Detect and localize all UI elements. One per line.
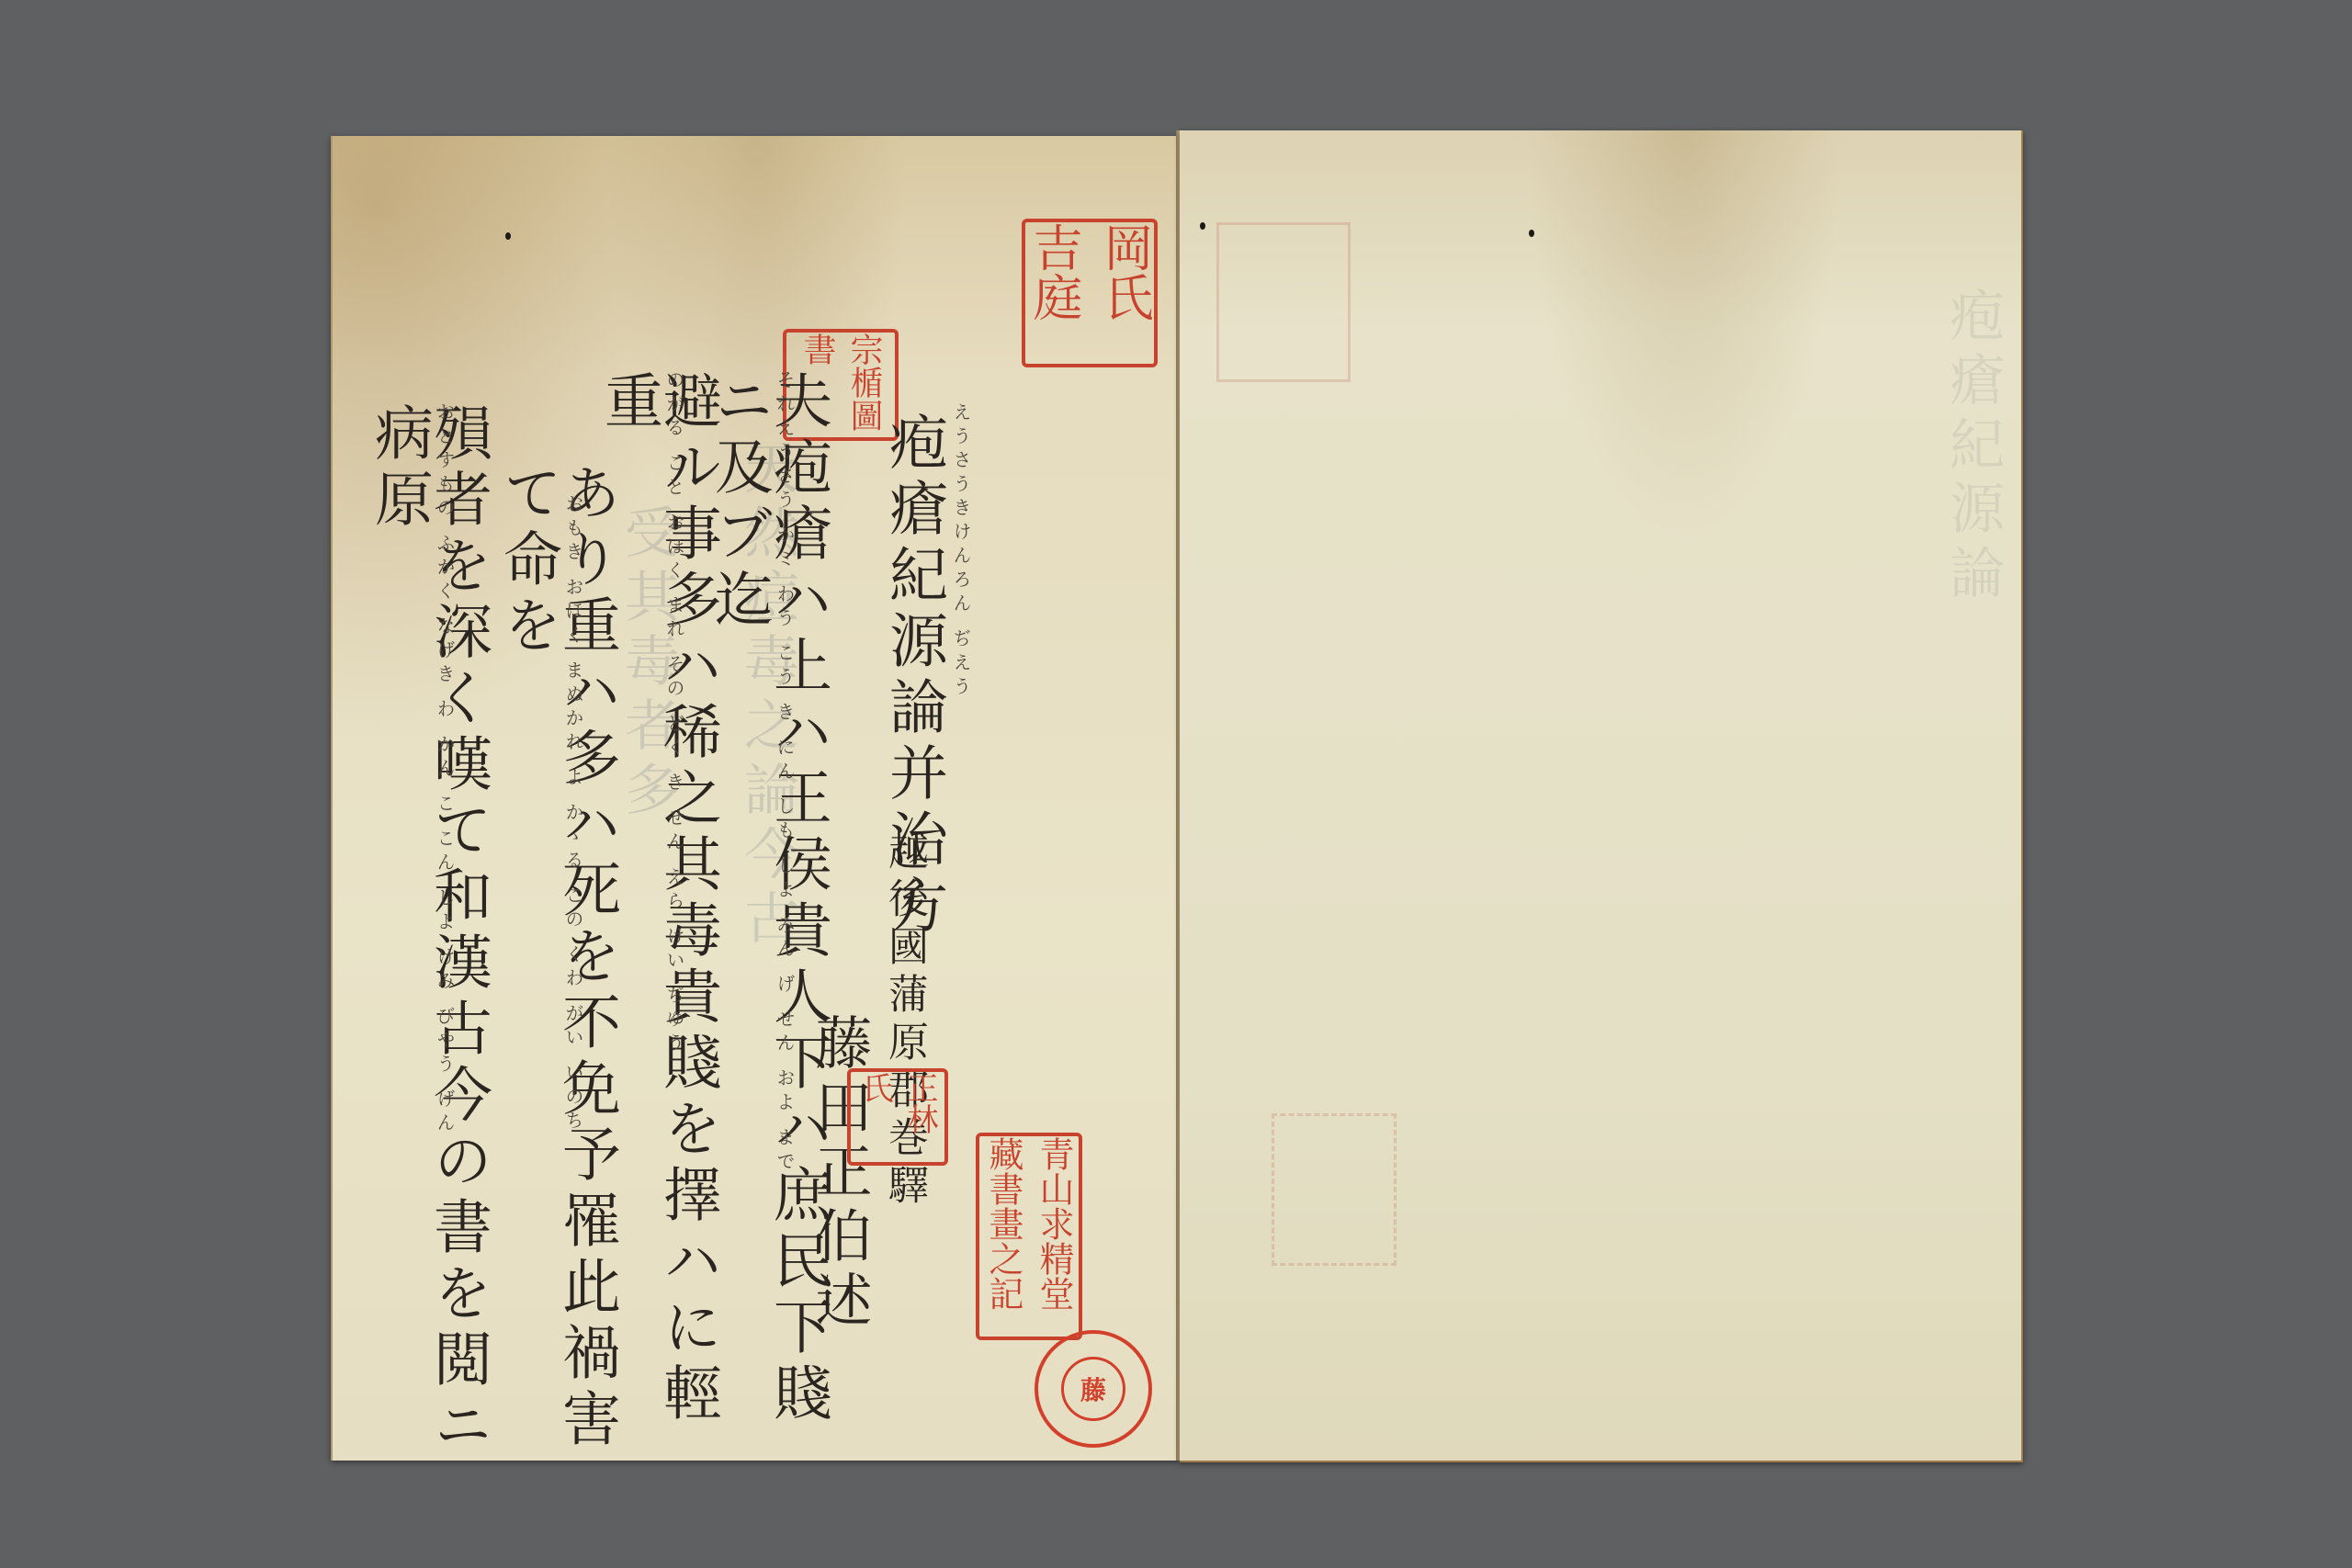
binding-hole [505,232,511,240]
body-column-2-ruby: のがる こと おほく まれ その どく き せん えら けい ぢゆう [661,370,688,1057]
seal-author: 正林氏 [847,1068,948,1166]
seal-top-right: 岡氏吉庭 [1022,219,1158,367]
body-column-1-ruby: それえうさう かミ わう こう き にん しも しよ みん げ せん およ まで [772,370,798,1175]
show-through-text: 疱瘡紀源論 [1933,287,2012,608]
body-column-1: 夫疱瘡ハ上ハ王侯貴人下ハ庶民下賤ニ及ブ迄 [709,370,827,1461]
seal-offset-top [1216,222,1351,382]
body-column-3: あり重ハ多ハ死を不免予罹此禍害て命を [498,462,616,1461]
left-page: 天然痘毒之論今古 受其毒者多 岡氏吉庭 宗楯圖書 疱瘡紀源論并治方 えうさうきけ… [331,136,1180,1461]
body-column-4-ruby: おとすもの ふかく なげき わ かん こ こん しよ けみ びやう げん [432,402,458,1137]
body-column-4: 殞者を深く嘆て和漢古今の書を閲ニ病原 [369,402,487,1461]
binding-hole [1200,222,1205,230]
seal-round-center: 藤 [1061,1357,1125,1421]
seal-round: 藤 [1035,1330,1152,1448]
seal-collection: 青山求精堂藏書畫之記 [976,1133,1082,1340]
binding-hole [1529,230,1534,237]
right-page: 疱瘡紀源論 [1180,130,2023,1462]
body-column-3-ruby: おもき おほく まぬかれ よ かゝる この くわ がい いのち [560,494,587,1134]
seal-offset-bottom [1272,1113,1396,1266]
title-ruby: えうさうきけんろん ぢえう [948,402,975,700]
